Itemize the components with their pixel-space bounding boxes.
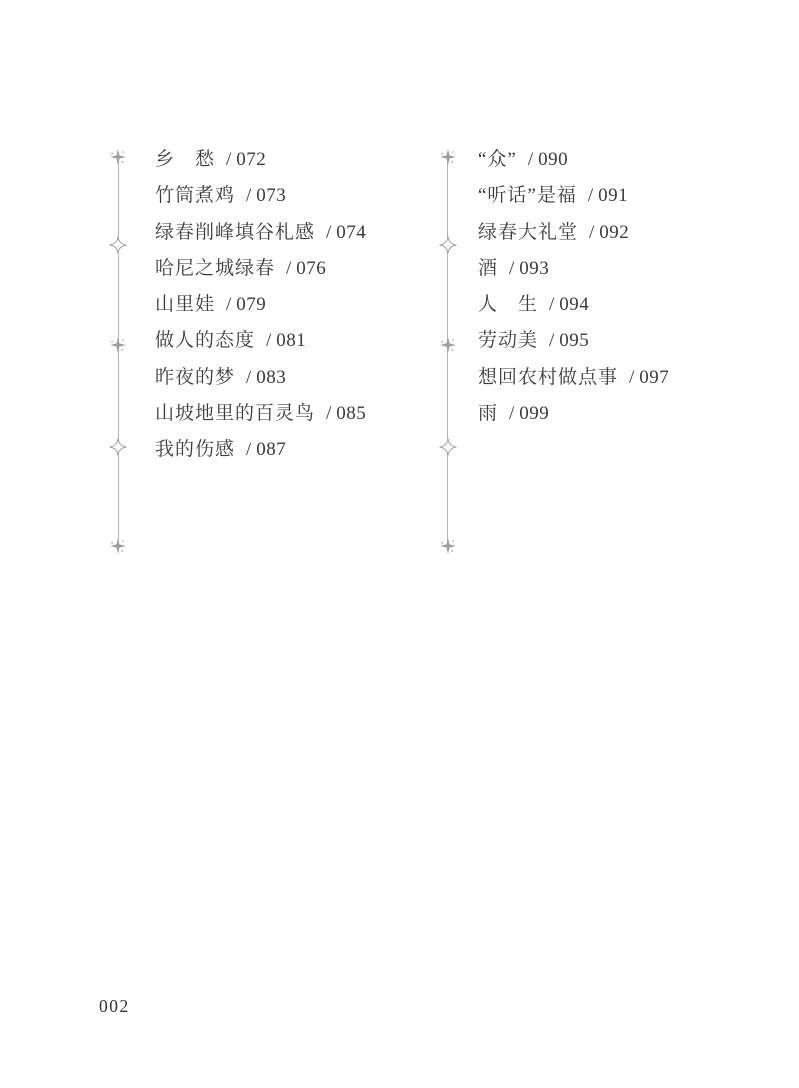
toc-entry: 乡 愁/072 [155, 142, 366, 178]
toc-column-right: “众”/090“听话”是福/091绿春大礼堂/092酒/093人 生/094劳动… [478, 142, 669, 432]
entry-title: 乡 愁 [155, 149, 215, 170]
entry-separator: / [588, 185, 593, 206]
toc-entry: 昨夜的梦/083 [155, 360, 366, 396]
toc-entry: 绿春大礼堂/092 [478, 215, 669, 251]
entry-page-number: 087 [256, 439, 286, 460]
toc-entry: 想回农村做点事/097 [478, 360, 669, 396]
entry-title: 酒 [478, 258, 498, 279]
toc-entry: 竹筒煮鸡/073 [155, 178, 366, 214]
entry-separator: / [549, 294, 554, 315]
table-of-contents-page: 乡 愁/072竹筒煮鸡/073绿春削峰填谷札感/074哈尼之城绿春/076山里娃… [0, 0, 799, 1088]
entry-title: 昨夜的梦 [155, 367, 235, 388]
toc-entry: 山坡地里的百灵鸟/085 [155, 396, 366, 432]
toc-entry: 山里娃/079 [155, 287, 366, 323]
entry-page-number: 094 [559, 294, 589, 315]
entry-separator: / [266, 330, 271, 351]
toc-entry: “听话”是福/091 [478, 178, 669, 214]
entry-title: 竹筒煮鸡 [155, 185, 235, 206]
entry-page-number: 081 [276, 330, 306, 351]
toc-entry: 雨/099 [478, 396, 669, 432]
diamond-star-icon [109, 438, 128, 457]
sparkle-icon [439, 149, 456, 166]
toc-entry: “众”/090 [478, 142, 669, 178]
entry-page-number: 093 [519, 258, 549, 279]
entry-title: 我的伤感 [155, 439, 235, 460]
sparkle-icon [110, 337, 127, 354]
entry-separator: / [326, 222, 331, 243]
toc-entry: 做人的态度/081 [155, 323, 366, 359]
entry-separator: / [509, 403, 514, 424]
entry-separator: / [509, 258, 514, 279]
entry-separator: / [326, 403, 331, 424]
entry-separator: / [226, 149, 231, 170]
entry-separator: / [246, 185, 251, 206]
entry-title: 山坡地里的百灵鸟 [155, 403, 315, 424]
entry-page-number: 085 [336, 403, 366, 424]
entry-title: 山里娃 [155, 294, 215, 315]
diamond-star-icon [438, 438, 457, 457]
entry-title: 绿春大礼堂 [478, 222, 578, 243]
entry-title: 想回农村做点事 [478, 367, 618, 388]
sparkle-icon [110, 538, 127, 555]
entry-separator: / [629, 367, 634, 388]
diamond-star-icon [438, 236, 457, 255]
toc-column-left: 乡 愁/072竹筒煮鸡/073绿春削峰填谷札感/074哈尼之城绿春/076山里娃… [155, 142, 366, 469]
page-number: 002 [99, 996, 130, 1017]
entry-title: “听话”是福 [478, 185, 577, 206]
entry-title: 劳动美 [478, 330, 538, 351]
sparkle-icon [439, 538, 456, 555]
entry-page-number: 090 [538, 149, 568, 170]
entry-page-number: 079 [236, 294, 266, 315]
entry-page-number: 097 [639, 367, 669, 388]
entry-title: “众” [478, 149, 517, 170]
entry-page-number: 083 [256, 367, 286, 388]
entry-page-number: 091 [598, 185, 628, 206]
toc-entry: 绿春削峰填谷札感/074 [155, 215, 366, 251]
toc-entry: 哈尼之城绿春/076 [155, 251, 366, 287]
sparkle-icon [439, 337, 456, 354]
entry-separator: / [589, 222, 594, 243]
entry-page-number: 076 [296, 258, 326, 279]
entry-separator: / [226, 294, 231, 315]
entry-page-number: 073 [256, 185, 286, 206]
entry-separator: / [286, 258, 291, 279]
entry-page-number: 099 [519, 403, 549, 424]
entry-separator: / [246, 439, 251, 460]
entry-separator: / [528, 149, 533, 170]
entry-title: 人 生 [478, 294, 538, 315]
entry-page-number: 074 [336, 222, 366, 243]
entry-title: 做人的态度 [155, 330, 255, 351]
diamond-star-icon [109, 236, 128, 255]
toc-entry: 酒/093 [478, 251, 669, 287]
entry-separator: / [549, 330, 554, 351]
entry-title: 雨 [478, 403, 498, 424]
entry-page-number: 095 [559, 330, 589, 351]
toc-entry: 人 生/094 [478, 287, 669, 323]
toc-entry: 我的伤感/087 [155, 432, 366, 468]
entry-title: 哈尼之城绿春 [155, 258, 275, 279]
entry-page-number: 072 [236, 149, 266, 170]
toc-entry: 劳动美/095 [478, 323, 669, 359]
entry-title: 绿春削峰填谷札感 [155, 222, 315, 243]
entry-separator: / [246, 367, 251, 388]
entry-page-number: 092 [599, 222, 629, 243]
sparkle-icon [110, 149, 127, 166]
